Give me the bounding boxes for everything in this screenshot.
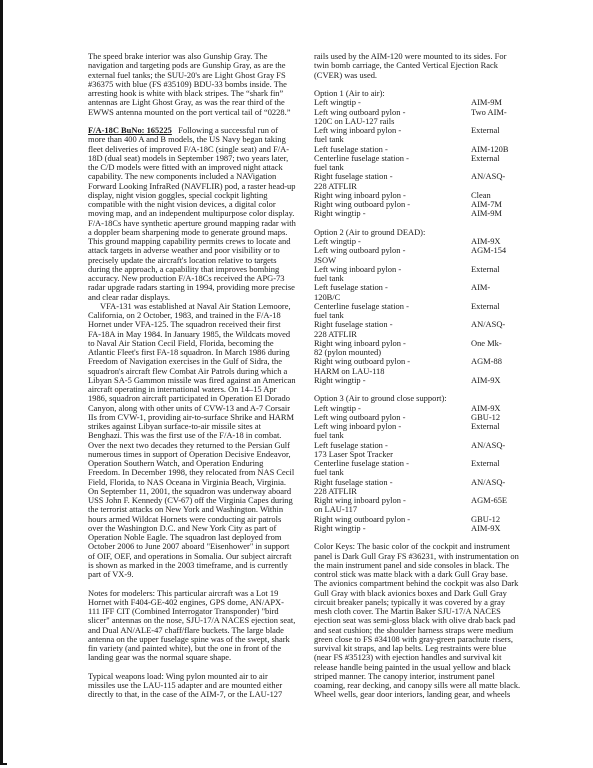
right-column: rails used by the AIM-120 were mounted t… — [314, 52, 544, 700]
store-value: Two AIM- — [471, 108, 507, 117]
station-label: Right wingtip - — [314, 376, 471, 385]
station-row: Centerline fuselage station -External — [314, 154, 544, 163]
store-value: External — [471, 302, 500, 311]
weapons-option-block: Option 3 (Air to ground close support):L… — [314, 394, 544, 542]
weapons-option-block: Option 2 (Air to ground DEAD):Left wingt… — [314, 228, 544, 395]
station-row: Left wing outboard pylon -AGM-154 — [314, 246, 544, 255]
station-label: Right wingtip - — [314, 209, 471, 218]
squadron-paragraph: VFA-131 was established at Naval Air Sta… — [88, 302, 300, 580]
text-line: part of VX-9. — [88, 570, 300, 579]
station-row: Left fuselage station -AIM- — [314, 283, 544, 292]
scan-edge-border — [0, 0, 3, 765]
store-value: External — [471, 265, 500, 274]
store-value: AIM- — [471, 283, 490, 292]
store-value: AGM-88 — [471, 357, 502, 366]
store-value: AN/ASQ- — [471, 441, 505, 450]
weapons-load-paragraph: Typical weapons load: Wing pylon mounted… — [88, 672, 300, 700]
store-value: One Mk- — [471, 339, 502, 348]
left-column: The speed brake interior was also Gunshi… — [88, 52, 300, 700]
store-value: AN/ASQ- — [471, 320, 505, 329]
text-line: (CVER) was used. — [314, 71, 544, 80]
history-paragraph: F/A-18C BuNo: 165225 Following a success… — [88, 126, 300, 302]
store-value: AIM-9M — [471, 209, 502, 218]
weapons-options: Option 1 (Air to air):Left wingtip -AIM-… — [314, 89, 544, 542]
station-row: Right wingtip -AIM-9X — [314, 524, 544, 533]
scan-edge-border-foot — [0, 763, 7, 765]
station-row: Centerline fuselage station -External — [314, 459, 544, 468]
weapons-option-block: Option 1 (Air to air):Left wingtip -AIM-… — [314, 89, 544, 228]
store-value: External — [471, 154, 500, 163]
color-keys-paragraph: Color Keys: The basic color of the cockp… — [314, 542, 544, 699]
text-line: landing gear was the normal square shape… — [88, 653, 300, 662]
store-value: External — [471, 422, 500, 431]
store-value: AN/ASQ- — [471, 478, 505, 487]
station-row: Right wingtip -AIM-9X — [314, 376, 544, 385]
store-value: AIM-9X — [471, 376, 501, 385]
intro-paragraph: The speed brake interior was also Gunshi… — [88, 52, 300, 117]
station-label: Right wingtip - — [314, 524, 471, 533]
station-label: Left wing outboard pylon - — [314, 246, 471, 255]
continuation-paragraph: rails used by the AIM-120 were mounted t… — [314, 52, 544, 80]
text-line: directly to that, in the case of the AIM… — [88, 690, 300, 699]
store-value: AN/ASQ- — [471, 172, 505, 181]
station-row: Left wing inboard pylon -External — [314, 265, 544, 274]
store-value: External — [471, 126, 500, 135]
station-row: Right wingtip -AIM-9M — [314, 209, 544, 218]
station-row: Centerline fuselage station -External — [314, 302, 544, 311]
store-value: AGM-65E — [471, 496, 507, 505]
store-value: External — [471, 459, 500, 468]
store-value: AGM-154 — [471, 246, 506, 255]
store-value: AIM-9X — [471, 524, 501, 533]
modelers-notes-paragraph: Notes for modelers: This particular airc… — [88, 589, 300, 663]
station-row: Left wing inboard pylon -External — [314, 126, 544, 135]
text-line: Wheel wells, gear door interiors, landin… — [314, 690, 544, 699]
station-row: Left wing inboard pylon -External — [314, 422, 544, 431]
text-line: EWWS antenna mounted on the port vertica… — [88, 108, 300, 117]
